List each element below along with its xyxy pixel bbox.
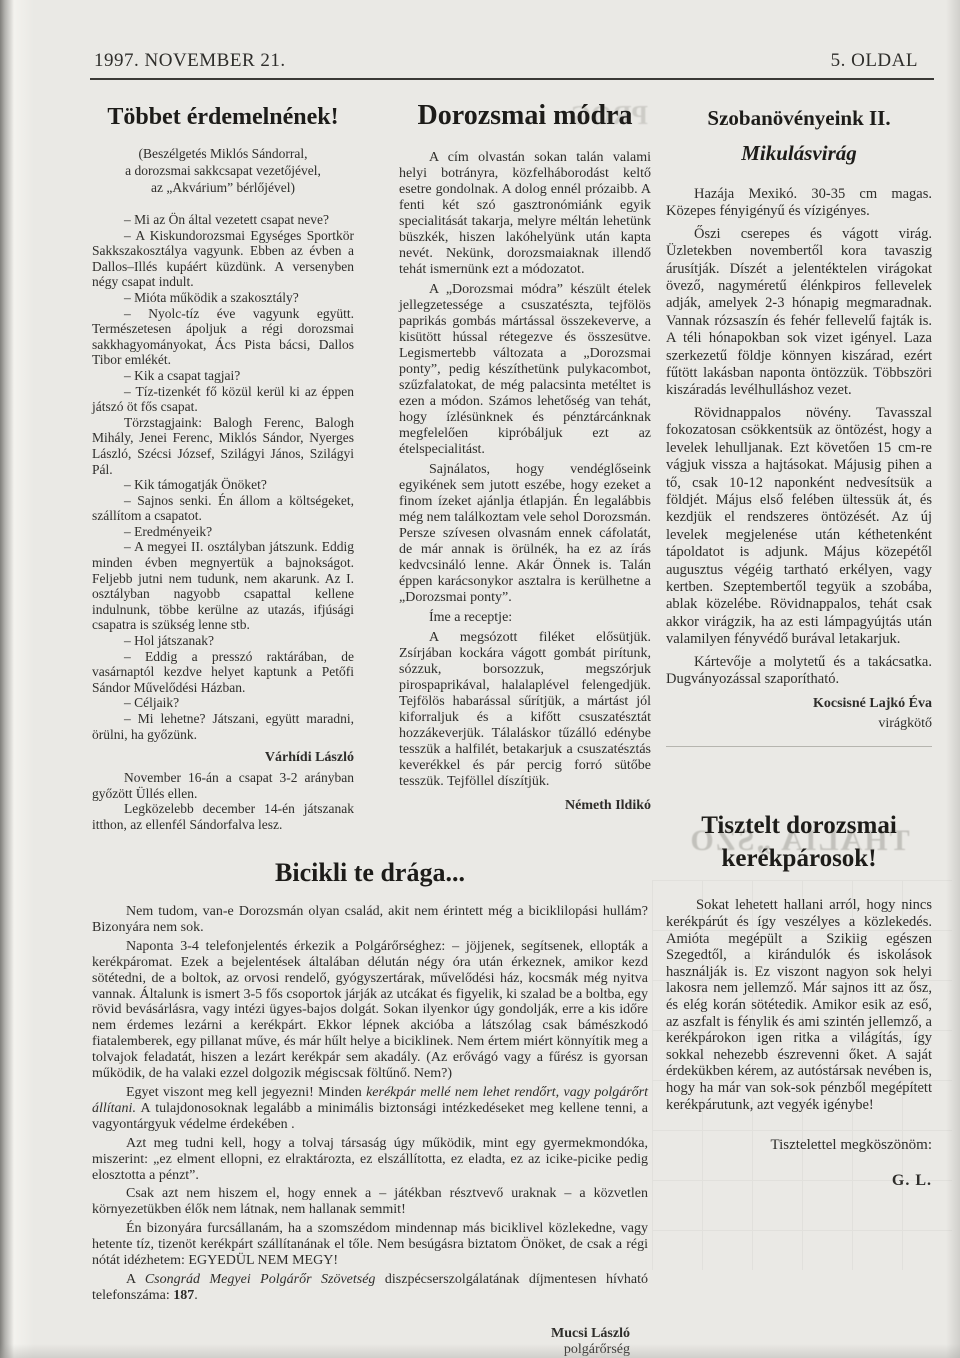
- paragraph: Hazája Mexikó. 30-35 cm magas. Közepes f…: [666, 186, 932, 221]
- article-body: Sokat lehetett hallani arról, hogy nincs…: [666, 897, 932, 1113]
- article-houseplants: Szobanövényeink II. Mikulásvirág Hazája …: [666, 106, 932, 732]
- article-subtitle: Mikulásvirág: [666, 141, 932, 166]
- article-cyclists-letter: Tisztelt dorozsmai kerékpárosok! Sokat l…: [666, 809, 932, 1190]
- italic-text-run: Csongrád Megyei Polgárőr Szövetség: [145, 1272, 376, 1287]
- paragraph: Én bizonyára furcsállanám, ha a szomszéd…: [92, 1221, 648, 1269]
- paragraph: – Kik támogatják Önöket?: [92, 477, 354, 493]
- closing-line: Tisztelettel megköszönöm:: [666, 1137, 932, 1154]
- article-title: Dorozsmai módra: [399, 100, 651, 132]
- author-signature: G. L.: [666, 1172, 932, 1190]
- paragraph: A Csongrád Megyei Polgárőr Szövetség dis…: [92, 1272, 648, 1304]
- paragraph: A cím olvastán sokan talán valami helyi …: [399, 150, 651, 278]
- paragraph: – Céljaik?: [92, 695, 354, 711]
- paragraph: Kártevője a molytetű és a takácsatka. Du…: [666, 654, 932, 689]
- spacer: [666, 747, 932, 795]
- right-column: Szobanövényeink II. Mikulásvirág Hazája …: [666, 96, 932, 1190]
- signature-block: Mucsi László polgárőrség: [92, 1326, 648, 1358]
- paragraph: Csak azt nem hiszem el, hogy ennek a – j…: [92, 1186, 648, 1218]
- text-run: Egyet viszont meg kell jegyezni! Minden: [126, 1085, 366, 1100]
- paragraph: Törzstagjaink: Balogh Ferenc, Balogh Mih…: [92, 415, 354, 477]
- paragraph: – Mi lehetne? Játszani, együtt maradni, …: [92, 711, 354, 742]
- paragraph: – Eddig a presszó raktárában, de vasárna…: [92, 649, 354, 696]
- paragraph: Nem tudom, van-e Dorozsmán olyan család,…: [92, 904, 648, 936]
- author-role: polgárőrség: [92, 1342, 630, 1358]
- author-signature: Kocsisné Lajkó Éva: [666, 696, 932, 712]
- paragraph: Azt meg tudni kell, hogy a tolvaj társas…: [92, 1136, 648, 1184]
- paragraph: – Nyolc-tíz éve vagyunk együtt. Természe…: [92, 306, 354, 368]
- article-recipe: Dorozsmai módra A cím olvastán sokan tal…: [399, 96, 651, 818]
- text-run: A tulajdonosoknak legalább a minimális b…: [92, 1101, 648, 1132]
- paragraph: A „Dorozsmai módra” készült ételek jelle…: [399, 282, 651, 458]
- article-body: Hazája Mexikó. 30-35 cm magas. Közepes f…: [666, 186, 932, 688]
- article-bicycle-theft: Bicikli te drága... Nem tudom, van-e Dor…: [92, 858, 648, 1358]
- article-body: – Mi az Ön által vezetett csapat neve? –…: [92, 212, 354, 833]
- paragraph: Egyet viszont meg kell jegyezni! Minden …: [92, 1085, 648, 1133]
- text-run: A: [126, 1272, 145, 1287]
- paragraph: – Kik a csapat tagjai?: [92, 368, 354, 384]
- paragraph: – A Kiskundorozsmai Egységes Sportkör Sa…: [92, 228, 354, 290]
- author-role: virágkötő: [666, 716, 932, 732]
- article-title: Szobanövényeink II.: [666, 106, 932, 131]
- phone-number: 187: [173, 1288, 194, 1303]
- article-chess-interview: Többet érdemelnének! (Beszélgetés Miklós…: [92, 96, 354, 833]
- paragraph: – Eredményeik?: [92, 524, 354, 540]
- paragraph: – A megyei II. osztályban játszunk. Eddi…: [92, 539, 354, 633]
- paragraph: Naponta 3-4 telefonjelentés érkezik a Po…: [92, 939, 648, 1082]
- paragraph: A megsózott filéket elősütjük. Zsírjában…: [399, 630, 651, 790]
- paragraph: Sokat lehetett hallani arról, hogy nincs…: [666, 897, 932, 1113]
- paragraph: Íme a receptje:: [399, 610, 651, 626]
- author-signature: Mucsi László: [92, 1326, 630, 1342]
- paragraph: Legközelebb december 14-én játszanak itt…: [92, 801, 354, 832]
- paragraph: Rövidnappalos növény. Tavasszal fokozato…: [666, 405, 932, 649]
- paragraph: Őszi cserepes és vágott virág. Üzletekbe…: [666, 226, 932, 400]
- text-run: .: [194, 1288, 198, 1303]
- subtitle-line: a dorozsmai sakkcsapat vezetőjével,: [92, 162, 354, 179]
- header-rule: [90, 78, 934, 80]
- paragraph: November 16-án a csapat 3-2 arányban győ…: [92, 770, 354, 801]
- article-title: Többet érdemelnének!: [92, 104, 354, 131]
- article-title: Tisztelt dorozsmai kerékpárosok!: [666, 809, 932, 875]
- article-subtitle: (Beszélgetés Miklós Sándorral, a dorozsm…: [92, 145, 354, 196]
- paragraph: – Sajnos senki. Én állom a költségeket, …: [92, 493, 354, 524]
- paragraph: – Tíz-tizenkét fő közül kerül ki az éppe…: [92, 384, 354, 415]
- article-body: A cím olvastán sokan talán valami helyi …: [399, 150, 651, 814]
- author-signature: Németh Ildikó: [399, 798, 651, 814]
- author-signature: Várhídi László: [92, 750, 354, 766]
- paragraph: – Hol játszanak?: [92, 633, 354, 649]
- paragraph: – Mi az Ön által vezetett csapat neve?: [92, 212, 354, 228]
- newspaper-page: 1997. NOVEMBER 21. 5. OLDAL PROG THÁLIA …: [0, 0, 960, 1358]
- article-body: Nem tudom, van-e Dorozsmán olyan család,…: [92, 904, 648, 1304]
- header-page-number: 5. OLDAL: [831, 50, 918, 72]
- article-title: Bicikli te drága...: [92, 858, 648, 888]
- subtitle-line: az „Akvárium” bérlőjével): [92, 179, 354, 196]
- paragraph: – Mióta működik a szakosztály?: [92, 290, 354, 306]
- subtitle-line: (Beszélgetés Miklós Sándorral,: [92, 145, 354, 162]
- paragraph: Sajnálatos, hogy vendéglőseink egyikének…: [399, 462, 651, 606]
- header-date: 1997. NOVEMBER 21.: [94, 50, 286, 72]
